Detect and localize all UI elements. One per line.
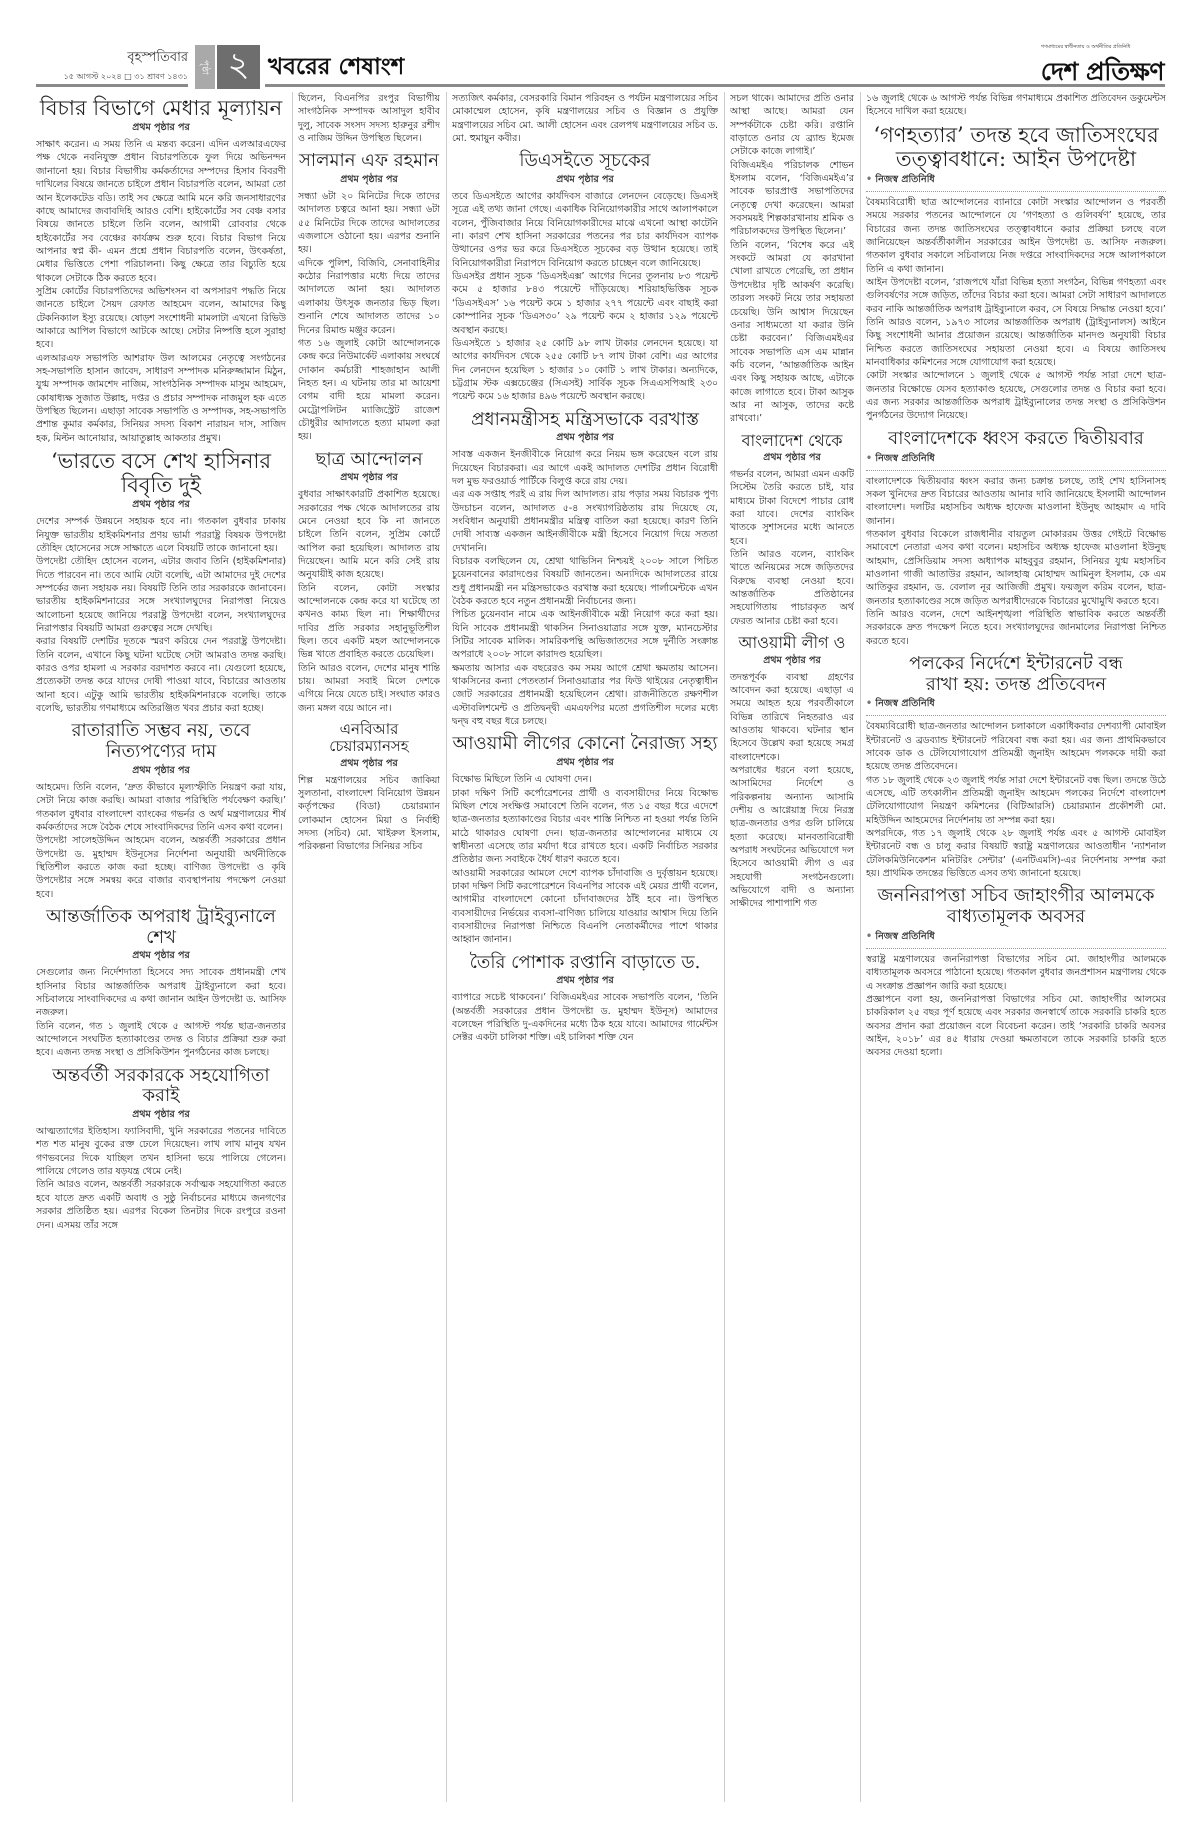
- column-divider: [292, 92, 293, 1802]
- article-jononiraponta: জননিরাপত্তা সচিব জাহাংগীর আলমকে বাধ্যতাম…: [866, 886, 1166, 1059]
- paragraph: উপদেষ্টা সালেহউদ্দিন আহমেদ বলেন, অন্তর্ব…: [36, 834, 286, 901]
- headline-line: তত্ত্বাবধানে: আইন উপদেষ্টা: [896, 147, 1136, 171]
- article-headline: সালমান এফ রহমান: [298, 151, 440, 172]
- article-dhongsho: বাংলাদেশকে ধ্বংস করতে দ্বিতীয়বার নিজস্ব…: [866, 429, 1166, 648]
- article-body: তদন্তপূর্বক ব্যবস্থা গ্রহণের আবেদন করা হ…: [730, 671, 854, 911]
- paragraph: তিনি আরও বলেন, দেশে আইনশৃঙ্খলা পরিস্থিতি…: [866, 608, 1166, 648]
- article-headline: ‘ভারতে বসে শেখ হাসিনার বিবৃতি দুই: [36, 449, 286, 497]
- paragraph: সেগুলোর জন্য নির্দেশদাতা হিসেবে সদ্য সাব…: [36, 966, 286, 1019]
- column-divider: [860, 92, 861, 1802]
- paragraph: গত ১৬ জুলাই কোটা আন্দোলনকে কেন্দ্র করে ন…: [298, 337, 440, 444]
- paragraph: স্বরাষ্ট্র মন্ত্রণালয়ের জননিরাপত্তা বিভ…: [866, 953, 1166, 993]
- page-body: বিচার বিভাগে মেধার মূল্যায়ন প্রথম পৃষ্ঠ…: [36, 92, 1166, 1802]
- article-body: আহমেদ। তিনি বলেন, ‘দ্রুত কীভাবে মূল্যস্ফ…: [36, 781, 286, 901]
- dotted-divider: [866, 715, 1166, 716]
- paragraph: আত্মত্যাগের ইতিহাস। ফ্যাসিবাদী, খুনি সরক…: [36, 1125, 286, 1178]
- dotted-divider: [866, 948, 1166, 949]
- article-bangladesh-theke: বাংলাদেশ থেকে প্রথম পৃষ্ঠার পর গভর্নর বল…: [730, 432, 854, 629]
- paragraph: বুধবার সাক্ষাৎকারটি প্রকাশিত হয়েছে। সরক…: [298, 488, 440, 581]
- dotted-divider: [866, 191, 1166, 192]
- continuation-label: প্রথম পৃষ্ঠার পর: [36, 121, 286, 136]
- paragraph: আইন উপদেষ্টা বলেন, ‘রাজপথে যাঁরা বিভিন্ন…: [866, 276, 1166, 316]
- paragraph: আওয়ামী সরকারের আমলে দেশে ব্যাপক চাঁদাবা…: [452, 867, 718, 947]
- issue-date-block: বৃহস্পতিবার ১৫ আগস্ট ২০২৪ □ ৩১ শ্রাবণ ১৪…: [64, 48, 188, 84]
- masthead-rule-right: [265, 84, 1165, 87]
- column-2: ছিলেন, বিএনপির রংপুর বিভাগীয় সাংগঠনিক স…: [298, 92, 440, 1802]
- article-body: ১৬ জুলাই থেকে ৬ আগস্ট পর্যন্ত বিভিন্ন গণ…: [866, 92, 1166, 119]
- article-body: বুধবার সাক্ষাৎকারটি প্রকাশিত হয়েছে। সরক…: [298, 488, 440, 715]
- paragraph: গত ১৮ জুলাই থেকে ২৩ জুলাই পর্যন্ত সারা দ…: [866, 774, 1166, 827]
- paragraph: তিনি আরও বলেন, ব্যাংকিং খাতে অনিয়মের সঙ…: [730, 548, 854, 628]
- article-bharate: ‘ভারতে বসে শেখ হাসিনার বিবৃতি দুই প্রথম …: [36, 449, 286, 715]
- paragraph: তিনি বলেন, কোটা সংস্কার আন্দোলনকে কেন্দ্…: [298, 582, 440, 662]
- article-headline: বাংলাদেশ থেকে: [730, 432, 854, 450]
- paragraph: অপরদিকে, গত ১৭ জুলাই থেকে ২৮ জুলাই পর্যন…: [866, 827, 1166, 880]
- paragraph: এর এক সপ্তাহ পরই এ রায় দিল আদালত। রায় …: [452, 488, 718, 555]
- paragraph: পিচিত চুয়েনবান নামে এক আইনজীবীকে মন্ত্র…: [452, 608, 718, 661]
- continuation-label: প্রথম পৃষ্ঠার পর: [730, 451, 854, 466]
- article-headline: বিচার বিভাগে মেধার মূল্যায়ন: [36, 96, 286, 120]
- paragraph: তিনি আরও বলেন, অন্তর্বর্তী সরকারকে সর্বা…: [36, 1178, 286, 1231]
- byline: নিজস্ব প্রতিনিধি: [866, 697, 1166, 712]
- article-headline: আওয়ামী লীগের কোনো নৈরাজ্য সহ্য: [452, 734, 718, 755]
- continuation-label: প্রথম পৃষ্ঠার পর: [452, 756, 718, 771]
- article-gonohotya: ১৬ জুলাই থেকে ৬ আগস্ট পর্যন্ত বিভিন্ন গণ…: [866, 92, 1166, 423]
- paragraph: সাবস্ত একজন ইনজীবীকে নিয়োগ করে নিয়ম ভঙ…: [452, 448, 718, 488]
- column-1: বিচার বিভাগে মেধার মূল্যায়ন প্রথম পৃষ্ঠ…: [36, 92, 286, 1802]
- article-awami-noraj: আওয়ামী লীগের কোনো নৈরাজ্য সহ্য প্রথম পৃ…: [452, 734, 718, 946]
- paragraph: ক্ষমতায় আসার এক বছরেরও কম সময় আগে শ্রে…: [452, 662, 718, 729]
- article-headline: আন্তর্জাতিক অপরাধ ট্রাইব্যুনালে শেখ: [36, 907, 286, 948]
- newspaper-brand: গণমাধ্যমের স্বাধীনতায় ও অর্থনীতির প্রতি…: [1041, 44, 1164, 95]
- paragraph: সত্যজিৎ কর্মকার, বেসরকারি বিমান পরিবহন ও…: [452, 92, 718, 145]
- paragraph: দেশের সম্পর্ক উন্নয়নে সহায়ক হবে না। গত…: [36, 515, 286, 555]
- continuation-label: প্রথম পৃষ্ঠার পর: [298, 173, 440, 188]
- continuation-label: প্রথম পৃষ্ঠার পর: [452, 431, 718, 446]
- article-body: ব্যাপারে সচেষ্ট থাকবেন।’ বিজিএমইএর সাবেক…: [452, 991, 718, 1044]
- brand-tagline: গণমাধ্যমের স্বাধীনতায় ও অর্থনীতির প্রতি…: [1041, 44, 1164, 52]
- article-body: বৈষম্যবিরোধী ছাত্র আন্দোলনের ব্যানারে কো…: [866, 196, 1166, 423]
- issue-date: ১৫ আগস্ট ২০২৪ □ ৩১ শ্রাবণ ১৪৩১: [64, 71, 188, 84]
- paragraph: তিনি আরও বলেন, ১৯৭৩ সালের আন্তর্জাতিক অপ…: [866, 316, 1166, 369]
- article-body: সন্ধ্যা ৬টা ২০ মিনিটের দিকে তাদের আদালত …: [298, 190, 440, 444]
- article-body: সাবস্ত একজন ইনজীবীকে নিয়োগ করে নিয়ম ভঙ…: [452, 448, 718, 728]
- paragraph: এদিকে পুলিশ, বিজিবি, সেনাবাহিনীর কঠোর নি…: [298, 257, 440, 337]
- article-ratarati: রাতারাতি সম্ভব নয়, তবে নিত্যপণ্যের দাম …: [36, 721, 286, 900]
- paragraph: তবে ডিএসইতে আগের কার্যদিবস বাজারে লেনদেন…: [452, 190, 718, 270]
- paragraph: গতকাল বুধবার বিকেলে রাজধানীর বায়তুল মোক…: [866, 528, 1166, 608]
- continuation-label: প্রথম পৃষ্ঠার পর: [730, 654, 854, 669]
- page-number: ২: [217, 45, 260, 89]
- dotted-divider: [866, 470, 1166, 471]
- paragraph: কোটা সংস্কার আন্দোলনে ১ জুলাই থেকে ৫ আগস…: [866, 369, 1166, 422]
- paragraph: ১৬ জুলাই থেকে ৬ আগস্ট পর্যন্ত বিভিন্ন গণ…: [866, 92, 1166, 119]
- paragraph: প্রজ্ঞাপনে বলা হয়, জননিরাপত্তা বিভাগের …: [866, 993, 1166, 1060]
- byline: নিজস্ব প্রতিনিধি: [866, 930, 1166, 945]
- continuation-label: প্রথম পৃষ্ঠার পর: [36, 949, 286, 964]
- article-headline: পলকের নির্দেশে ইন্টারনেট বন্ধ রাখা হয়: …: [866, 654, 1166, 695]
- column-divider: [724, 92, 725, 1802]
- article-headline: রাতারাতি সম্ভব নয়, তবে নিত্যপণ্যের দাম: [36, 721, 286, 762]
- article-body: ছিলেন, বিএনপির রংপুর বিভাগীয় সাংগঠনিক স…: [298, 92, 440, 145]
- continuation-label: প্রথম পৃষ্ঠার পর: [36, 498, 286, 513]
- paragraph: বৈষম্যবিরোধী ছাত্র আন্দোলনের ব্যানারে কো…: [866, 196, 1166, 276]
- paragraph: তিনি বলেন, গত ১ জুলাই থেকে ৫ আগস্ট পর্যন…: [36, 1020, 286, 1060]
- article-headline: প্রধানমন্ত্রীসহ মন্ত্রিসভাকে বরখাস্ত: [452, 410, 718, 431]
- paragraph: বিচারক বলছিলেন যে, শ্রেথা থাভিসিন নিশ্চয…: [452, 555, 718, 608]
- article-poshak: তৈরি পোশাক রপ্তানি বাড়াতে ড. প্রথম পৃষ্…: [452, 953, 718, 1045]
- article-headline: এনবিআর চেয়ারম্যানসহ: [298, 721, 440, 756]
- article-prodhanmontri: প্রধানমন্ত্রীসহ মন্ত্রিসভাকে বরখাস্ত প্র…: [452, 410, 718, 729]
- paragraph: অপরাধের ধরনে বলা হয়েছে, আসামিদের নির্দে…: [730, 764, 854, 911]
- paragraph: তিনি আরও বলেন, দেশের মানুষ শান্তি চায়। …: [298, 662, 440, 715]
- article-headline: ‘গণহত্যার’ তদন্ত হবে জাতিসংঘের তত্ত্বাবধ…: [866, 123, 1166, 171]
- article-body: দেশের সম্পর্ক উন্নয়নে সহায়ক হবে না। গত…: [36, 515, 286, 715]
- column-3: সত্যজিৎ কর্মকার, বেসরকারি বিমান পরিবহন ও…: [452, 92, 718, 1802]
- article-body: শিল্প মন্ত্রণালয়ের সচিব জাকিয়া সুলতানা…: [298, 774, 440, 854]
- paragraph: তিনি বলেন, ‘বিশেষ করে এই সংকটে আমরা যে ক…: [730, 239, 854, 426]
- continuation-label: প্রথম পৃষ্ঠার পর: [36, 764, 286, 779]
- paragraph: গভর্নর বলেন, আমরা এমন একটি সিস্টেম তৈরি …: [730, 468, 854, 548]
- continuation-label: প্রথম পৃষ্ঠার পর: [36, 1108, 286, 1123]
- continuation-label: প্রথম পৃষ্ঠার পর: [298, 757, 440, 772]
- paragraph: উপদেষ্টা তৌহিদ হোসেন বলেন, এটার জবাব তিন…: [36, 555, 286, 635]
- article-headline: জননিরাপত্তা সচিব জাহাংগীর আলমকে বাধ্যতাম…: [866, 886, 1166, 927]
- article-body: সত্যজিৎ কর্মকার, বেসরকারি বিমান পরিবহন ও…: [452, 92, 718, 145]
- continuation-label: প্রথম পৃষ্ঠার পর: [452, 974, 718, 989]
- article-body: সচল থাকে। আমাদের প্রতি ওনার আস্থা আছে। আ…: [730, 92, 854, 426]
- paragraph: বাংলাদেশকে দ্বিতীয়বার ধ্বংস করার জন্য চ…: [866, 475, 1166, 528]
- article-headline: ডিএসইতে সূচকের: [452, 151, 718, 172]
- paragraph: ডিএসইতে ১ হাজার ২৫ কোটি ৯৮ লাখ টাকার লেন…: [452, 337, 718, 404]
- paragraph: আহমেদ। তিনি বলেন, ‘দ্রুত কীভাবে মূল্যস্ফ…: [36, 781, 286, 834]
- article-headline: বাংলাদেশকে ধ্বংস করতে দ্বিতীয়বার: [866, 429, 1166, 450]
- paragraph: সচল থাকে। আমাদের প্রতি ওনার আস্থা আছে। আ…: [730, 92, 854, 159]
- article-awami-league-o: আওয়ামী লীগ ও প্রথম পৃষ্ঠার পর তদন্তপূর্…: [730, 634, 854, 911]
- page-label: পৃষ্ঠা: [195, 45, 215, 89]
- article-sobhapoti: সচল থাকে। আমাদের প্রতি ওনার আস্থা আছে। আ…: [730, 92, 854, 426]
- article-body: তবে ডিএসইতে আগের কার্যদিবস বাজারে লেনদেন…: [452, 190, 718, 404]
- continuation-label: প্রথম পৃষ্ঠার পর: [452, 173, 718, 188]
- headline-line: রাখা হয়: তদন্ত প্রতিবেদন: [926, 674, 1106, 695]
- article-nbr: এনবিআর চেয়ারম্যানসহ প্রথম পৃষ্ঠার পর শি…: [298, 721, 440, 854]
- article-dse: সত্যজিৎ কর্মকার, বেসরকারি বিমান পরিবহন ও…: [452, 92, 718, 404]
- masthead: বৃহস্পতিবার ১৫ আগস্ট ২০২৪ □ ৩১ শ্রাবণ ১৪…: [0, 0, 1200, 86]
- paragraph: এলআরএফ সভাপতি আশরাফ উল আলমের নেতৃত্বে সং…: [36, 352, 286, 445]
- paragraph: বিজিএমইএ পরিচালক শোভন ইসলাম বলেন, ‘বিজিএ…: [730, 159, 854, 239]
- column-4: সচল থাকে। আমাদের প্রতি ওনার আস্থা আছে। আ…: [730, 92, 854, 1802]
- article-headline: ছাত্র আন্দোলন: [298, 450, 440, 471]
- paragraph: সাক্ষাৎ করেন। এ সময় তিনি এ মন্তব্য করেন…: [36, 138, 286, 285]
- byline: নিজস্ব প্রতিনিধি: [866, 173, 1166, 188]
- article-antorjatik: আন্তর্জাতিক অপরাধ ট্রাইব্যুনালে শেখ প্রথ…: [36, 907, 286, 1060]
- headline-line: জননিরাপত্তা সচিব জাহাংগীর আলমকে: [878, 885, 1155, 906]
- paragraph: ডিএসইর প্রধান সূচক ‘ডিএসইএক্স’ আগের দিনে…: [452, 270, 718, 337]
- article-headline: অন্তর্বর্তী সরকারকে সহযোগিতা করাই: [36, 1066, 286, 1107]
- article-chhatro: ছাত্র আন্দোলন প্রথম পৃষ্ঠার পর বুধবার সা…: [298, 450, 440, 716]
- section-title: খবরের শেষাংশ: [268, 48, 404, 87]
- article-body: বাংলাদেশকে দ্বিতীয়বার ধ্বংস করার জন্য চ…: [866, 475, 1166, 648]
- headline-line: বাধ্যতামূলক অবসর: [947, 906, 1085, 927]
- masthead-rule-left: [36, 84, 188, 87]
- byline: নিজস্ব প্রতিনিধি: [866, 452, 1166, 467]
- article-body: সেগুলোর জন্য নির্দেশদাতা হিসেবে সদ্য সাব…: [36, 966, 286, 1059]
- column-5: ১৬ জুলাই থেকে ৬ আগস্ট পর্যন্ত বিভিন্ন গণ…: [866, 92, 1166, 1802]
- article-salman: ছিলেন, বিএনপির রংপুর বিভাগীয় সাংগঠনিক স…: [298, 92, 440, 444]
- article-antorborti: অন্তর্বর্তী সরকারকে সহযোগিতা করাই প্রথম …: [36, 1066, 286, 1232]
- paragraph: সুপ্রিম কোর্টের বিচারপতিদের অভিশংসন বা অ…: [36, 285, 286, 352]
- paragraph: বৈষম্যবিরোধী ছাত্র-জনতার আন্দোলন চলাকালে…: [866, 720, 1166, 773]
- paragraph: শিল্প মন্ত্রণালয়ের সচিব জাকিয়া সুলতানা…: [298, 774, 440, 854]
- continuation-label: প্রথম পৃষ্ঠার পর: [298, 471, 440, 486]
- paragraph: বিক্ষোভ মিছিলে তিনি এ ঘোষণা দেন।: [452, 773, 718, 786]
- article-body: গভর্নর বলেন, আমরা এমন একটি সিস্টেম তৈরি …: [730, 468, 854, 628]
- article-body: সাক্ষাৎ করেন। এ সময় তিনি এ মন্তব্য করেন…: [36, 138, 286, 445]
- headline-line: ‘গণহত্যার’ তদন্ত হবে জাতিসংঘের: [873, 123, 1158, 147]
- newspaper-logo: দেশ প্রতিক্ষণ: [1041, 52, 1164, 95]
- paragraph: ছিলেন, বিএনপির রংপুর বিভাগীয় সাংগঠনিক স…: [298, 92, 440, 145]
- article-body: বিক্ষোভ মিছিলে তিনি এ ঘোষণা দেন। ঢাকা দক…: [452, 773, 718, 946]
- article-body: আত্মত্যাগের ইতিহাস। ফ্যাসিবাদী, খুনি সরক…: [36, 1125, 286, 1232]
- paragraph: তদন্তপূর্বক ব্যবস্থা গ্রহণের আবেদন করা হ…: [730, 671, 854, 764]
- column-divider: [446, 92, 447, 1802]
- article-body: স্বরাষ্ট্র মন্ত্রণালয়ের জননিরাপত্তা বিভ…: [866, 953, 1166, 1060]
- paragraph: ঢাকা দক্ষিণ সিটি কর্পোরেশনের প্রার্থী ও …: [452, 787, 718, 867]
- headline-line: পলকের নির্দেশে ইন্টারনেট বন্ধ: [909, 653, 1123, 674]
- paragraph: ব্যাপারে সচেষ্ট থাকবেন।’ বিজিএমইএর সাবেক…: [452, 991, 718, 1044]
- article-internet: পলকের নির্দেশে ইন্টারনেট বন্ধ রাখা হয়: …: [866, 654, 1166, 881]
- article-headline: আওয়ামী লীগ ও: [730, 634, 854, 652]
- article-headline: তৈরি পোশাক রপ্তানি বাড়াতে ড.: [452, 953, 718, 974]
- issue-day: বৃহস্পতিবার: [64, 48, 188, 69]
- article-body: বৈষম্যবিরোধী ছাত্র-জনতার আন্দোলন চলাকালে…: [866, 720, 1166, 880]
- article-bichar: বিচার বিভাগে মেধার মূল্যায়ন প্রথম পৃষ্ঠ…: [36, 96, 286, 445]
- paragraph: সন্ধ্যা ৬টা ২০ মিনিটের দিকে তাদের আদালত …: [298, 190, 440, 257]
- paragraph: করার বিষয়টি দেশটির দূতকে স্মরণ করিয়ে দ…: [36, 635, 286, 715]
